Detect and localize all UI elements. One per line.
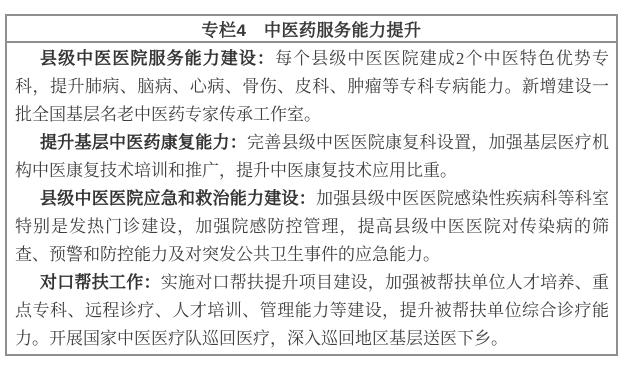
- panel-header: 专栏4 中医药服务能力提升: [7, 16, 616, 43]
- paragraph: 县级中医医院应急和救治能力建设：加强县级中医医院感染性疾病科等科室特别是发热门诊…: [15, 185, 609, 269]
- document-page: 专栏4 中医药服务能力提升 县级中医医院服务能力建设：每个县级中医医院建成2个中…: [0, 0, 640, 371]
- paragraph: 提升基层中医药康复能力：完善县级中医医院康复科设置，加强基层医疗机构中医康复技术…: [15, 129, 609, 185]
- paragraph: 对口帮扶工作：实施对口帮扶提升项目建设，加强被帮扶单位人才培养、重点专科、远程诊…: [15, 269, 609, 353]
- paragraph-label: 对口帮扶工作：: [40, 273, 161, 292]
- paragraph: 县级中医医院服务能力建设：每个县级中医医院建成2个中医特色优势专科，提升肺病、脑…: [15, 45, 609, 129]
- panel-body: 县级中医医院服务能力建设：每个县级中医医院建成2个中医特色优势专科，提升肺病、脑…: [7, 43, 616, 353]
- paragraph-label: 县级中医医院应急和救治能力建设：: [40, 189, 316, 208]
- paragraph-label: 提升基层中医药康复能力：: [40, 133, 247, 152]
- column-panel: 专栏4 中医药服务能力提升 县级中医医院服务能力建设：每个县级中医医院建成2个中…: [5, 14, 618, 356]
- paragraph-label: 县级中医医院服务能力建设：: [40, 49, 275, 68]
- panel-title: 专栏4 中医药服务能力提升: [202, 16, 422, 41]
